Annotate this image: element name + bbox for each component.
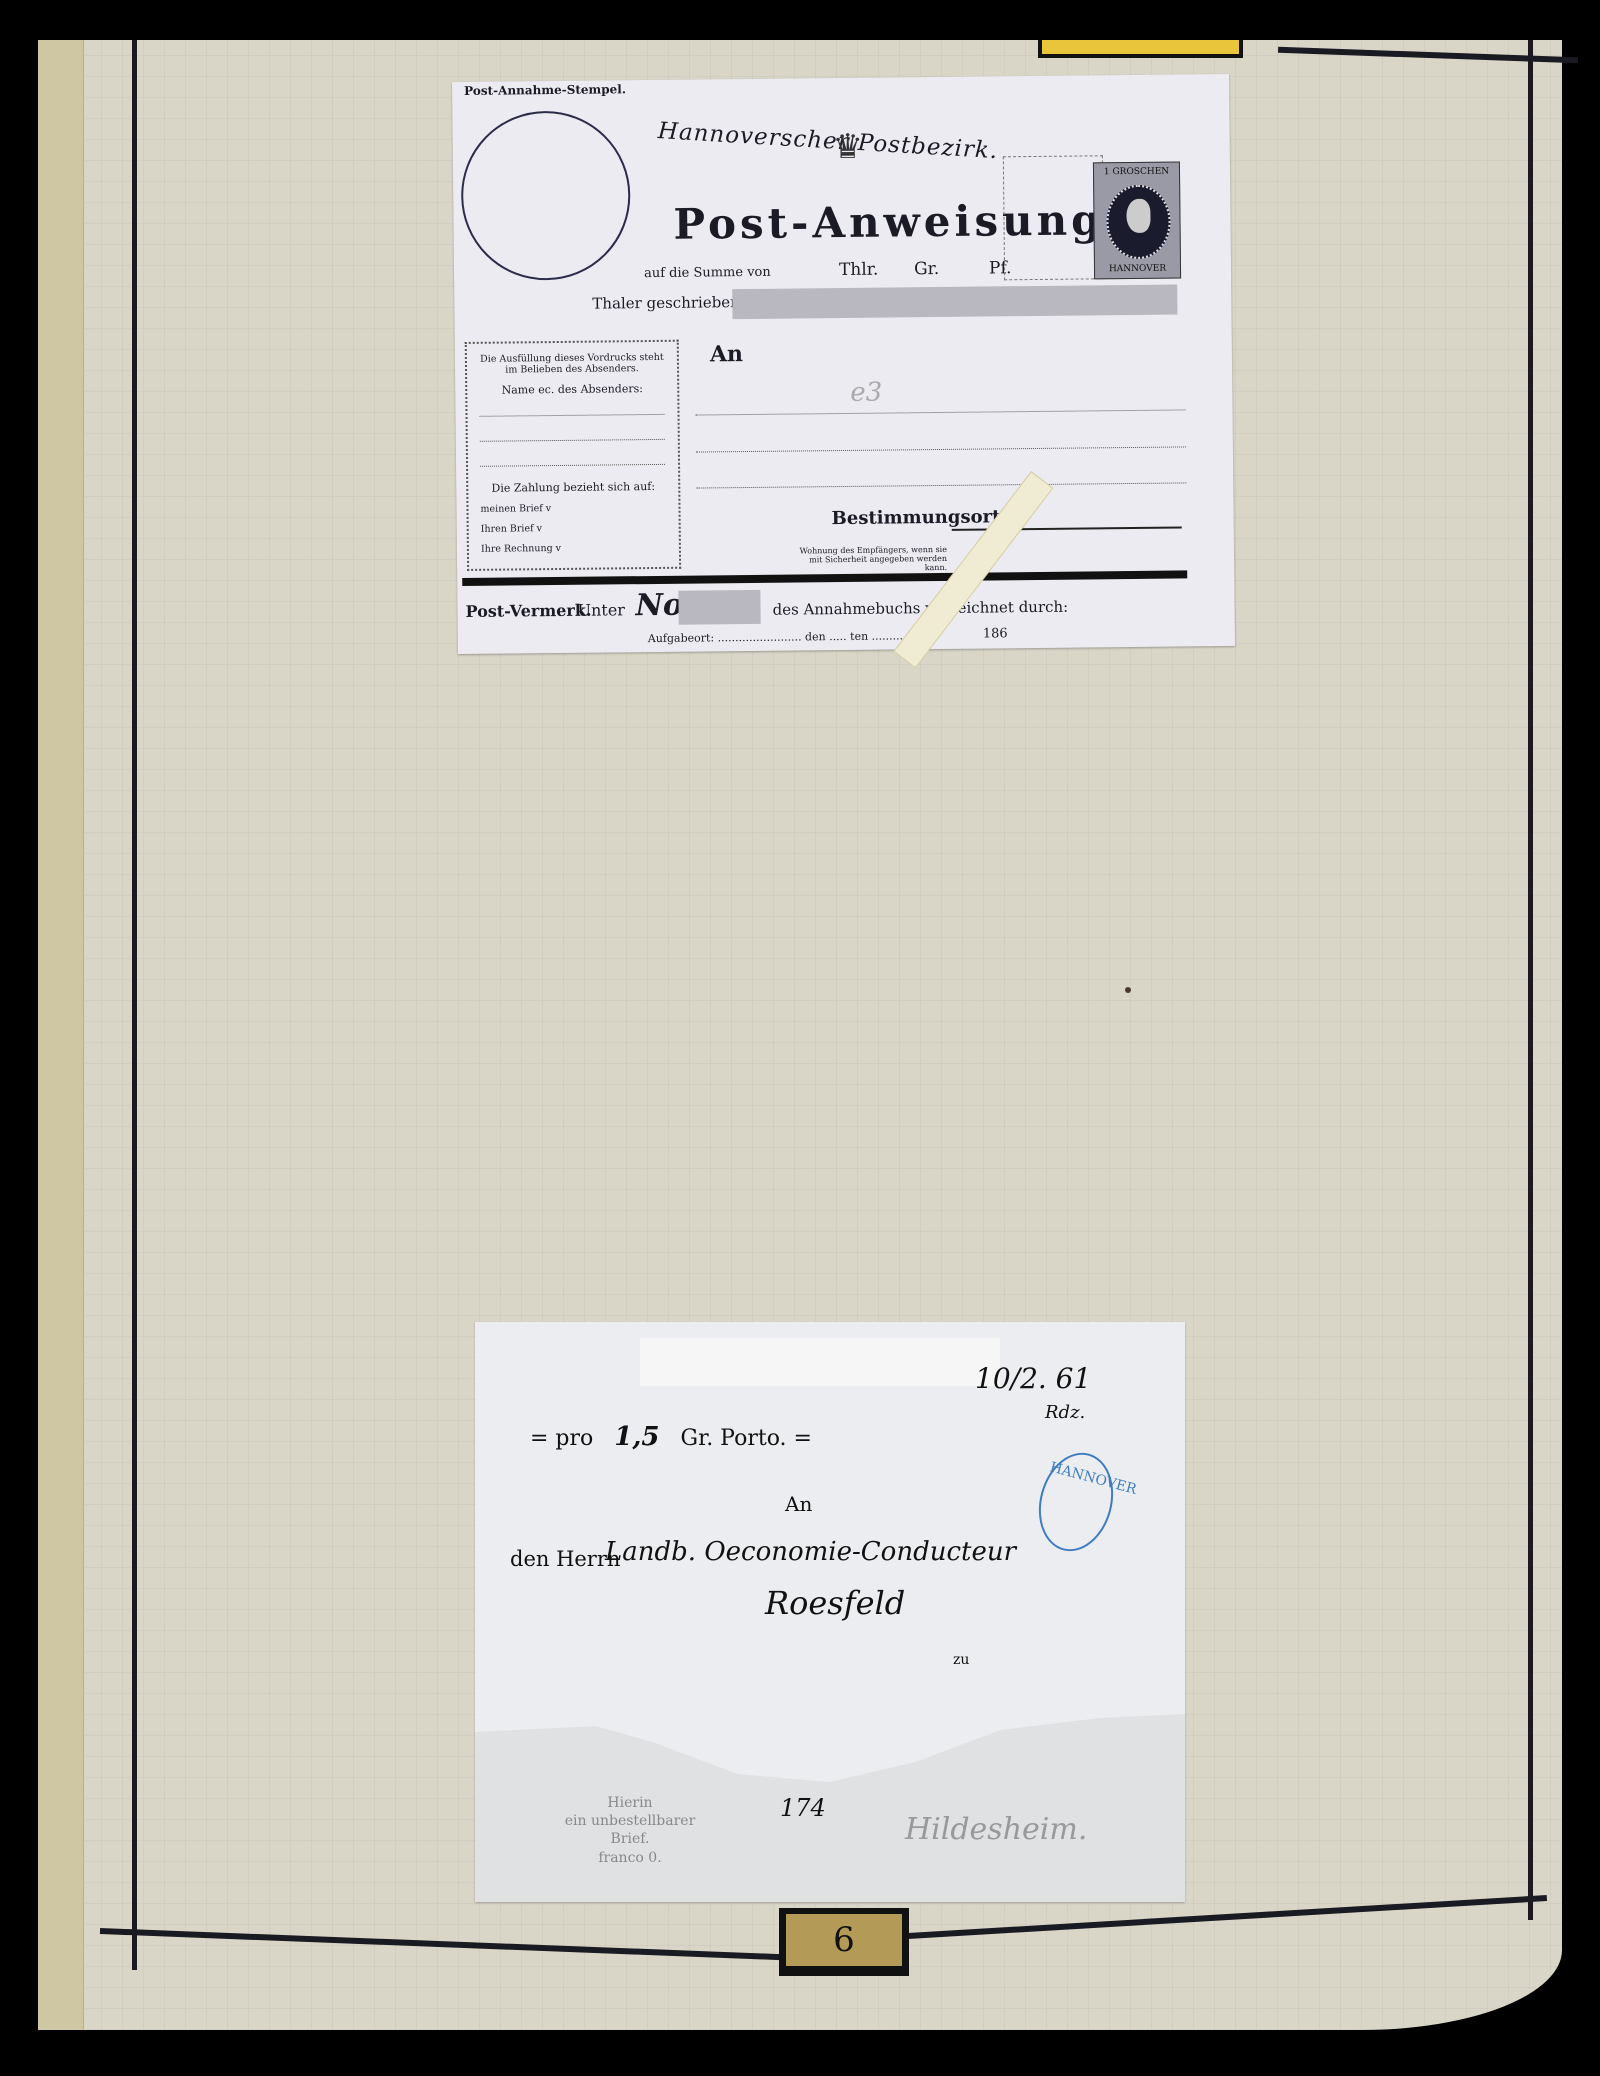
frame-line-left (132, 40, 137, 1970)
money-order-card[interactable]: Post-Annahme-Stempel. Hannoverscher Post… (452, 74, 1235, 654)
porto-suffix: Gr. Porto. = (681, 1426, 812, 1451)
written-amount-label: Thaler geschrieben (592, 293, 740, 313)
recipient-title: Landb. Oeconomie-Conducteur (605, 1537, 1016, 1567)
crest-icon: ♛ (828, 126, 868, 168)
payment-option: meinen Brief v (480, 503, 551, 515)
destination-note: Wohnung des Empfängers, wenn sie mit Sic… (787, 545, 947, 574)
porto-prefix: = pro (530, 1426, 593, 1451)
recipient-prefix: den Herrn (510, 1547, 620, 1571)
written-amount-field (732, 285, 1177, 320)
payment-option: Ihre Rechnung v (481, 543, 561, 555)
recipient-name: Roesfeld (765, 1584, 905, 1622)
number-sign: No (635, 588, 683, 623)
top-color-tab (1038, 40, 1243, 58)
envelope-cover[interactable]: 10/2. 61 Rdz. = pro 1,5 Gr. Porto. = HAN… (475, 1322, 1185, 1902)
sender-note: Die Ausfüllung dieses Vordrucks steht im… (467, 352, 677, 376)
stamp-country: HANNOVER (1095, 263, 1180, 274)
post-note-label: Post-Vermerk. (465, 601, 591, 621)
stamp-area-label: Post-Annahme-Stempel. (464, 82, 626, 98)
amount-box (1003, 155, 1104, 280)
postmark-circle (460, 110, 631, 281)
frame-line-top (1278, 47, 1578, 63)
currency-groschen: Gr. (914, 259, 939, 279)
flap-printed-text: Hierin ein unbestellbarer Brief. franco … (550, 1794, 710, 1867)
sender-box: Die Ausfüllung dieses Vordrucks steht im… (465, 340, 681, 571)
stamp-value: 1 GROSCHEN (1094, 166, 1179, 177)
receipt-mark: Rdz. (1045, 1402, 1085, 1423)
address-line (696, 482, 1186, 488)
sum-label: auf die Summe von (644, 265, 771, 281)
currency-thaler: Thlr. (839, 260, 879, 280)
paper-speck (1125, 987, 1131, 993)
payment-label: Die Zahlung bezieht sich auf: (468, 480, 678, 495)
flap-number: 174 (780, 1794, 826, 1822)
address-line (696, 409, 1186, 415)
page-number-badge: 6 (779, 1908, 909, 1976)
to-label: An (785, 1492, 812, 1516)
sender-name-label: Name ec. des Absenders: (467, 382, 677, 397)
binding-strip (38, 40, 84, 2030)
portrait-medallion-icon (1106, 185, 1171, 260)
addressee-label: An (710, 341, 743, 367)
frame-line-bottom-left (100, 1928, 780, 1960)
porto-amount: 1,5 (614, 1422, 659, 1452)
porto-line: = pro 1,5 Gr. Porto. = (530, 1422, 812, 1452)
date-mark: 10/2. 61 (975, 1362, 1091, 1395)
destination-city: Hildesheim. (905, 1812, 1087, 1847)
address-line (696, 446, 1186, 452)
flap-text-line: Hierin (550, 1794, 710, 1812)
payment-option: Ihren Brief v (481, 523, 542, 535)
flap-text-line: ein unbestellbarer Brief. (550, 1812, 710, 1848)
flap-text-line: franco 0. (550, 1849, 710, 1867)
redacted-area (640, 1338, 1000, 1386)
postmark-stamp: HANNOVER (1028, 1444, 1123, 1559)
to-place-label: zu (953, 1652, 969, 1668)
register-number-field (678, 590, 760, 625)
dispatch-line: Aufgabeort: ........................ den… (648, 629, 914, 645)
postage-stamp: 1 GROSCHEN HANNOVER (1093, 161, 1181, 279)
under-label: Unter (577, 600, 625, 619)
destination-label: Bestimmungsort: (832, 506, 1008, 529)
pencil-mark: e3 (850, 378, 882, 408)
frame-line-right (1528, 40, 1533, 1920)
year-prefix: 186 (983, 626, 1008, 641)
